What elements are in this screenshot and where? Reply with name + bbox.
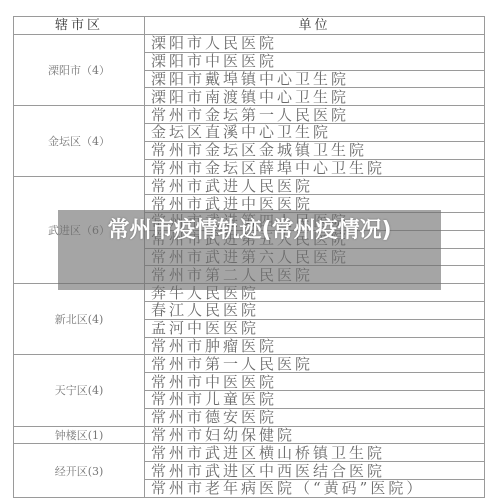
district-cell: 溧阳市（4）	[14, 35, 145, 106]
unit-cell: 常州市儿童医院	[145, 390, 485, 408]
unit-cell: 孟河中医医院	[145, 319, 485, 337]
table-row: 天宁区(4) 常州市第一人民医院	[14, 355, 485, 373]
district-cell: 天宁区(4)	[14, 355, 145, 426]
table-row: 武进区（6） 常州市武进人民医院	[14, 177, 485, 195]
unit-cell: 常州市老年病医院（“黄码”医院）	[145, 479, 485, 497]
unit-cell: 溧阳市人民医院	[145, 35, 485, 53]
table-header-row: 辖市区 单位	[14, 17, 485, 35]
unit-cell: 常州市武进区横山桥镇卫生院	[145, 444, 485, 462]
table-row: 钟楼区(1) 常州市妇幼保健院	[14, 426, 485, 444]
unit-cell: 春江人民医院	[145, 301, 485, 319]
district-cell: 金坛区（4）	[14, 106, 145, 177]
banner-title: 常州市疫情轨迹(常州疫情况)	[58, 216, 441, 246]
unit-cell: 常州市德安医院	[145, 408, 485, 426]
unit-cell: 金坛区直溪中心卫生院	[145, 123, 485, 141]
unit-cell: 常州市武进区中西医结合医院	[145, 462, 485, 480]
table-row: 溧阳市（4） 溧阳市人民医院	[14, 35, 485, 53]
district-cell: 钟楼区(1)	[14, 426, 145, 444]
unit-cell: 常州市第一人民医院	[145, 355, 485, 373]
unit-cell: 溧阳市南渡镇中心卫生院	[145, 88, 485, 106]
table-row: 经开区(3) 常州市武进区横山桥镇卫生院	[14, 444, 485, 462]
unit-cell: 常州市金坛第一人民医院	[145, 106, 485, 124]
unit-cell: 溧阳市中医医院	[145, 52, 485, 70]
column-header-unit: 单位	[145, 17, 485, 35]
unit-cell: 常州市中医医院	[145, 373, 485, 391]
unit-cell: 常州市妇幼保健院	[145, 426, 485, 444]
unit-cell: 常州市金坛区金城镇卫生院	[145, 141, 485, 159]
district-cell: 经开区(3)	[14, 444, 145, 497]
table-row: 金坛区（4） 常州市金坛第一人民医院	[14, 106, 485, 124]
unit-cell: 常州市金坛区薛埠中心卫生院	[145, 159, 485, 177]
title-overlay-banner: 常州市疫情轨迹(常州疫情况)	[58, 210, 441, 290]
unit-cell: 溧阳市戴埠镇中心卫生院	[145, 70, 485, 88]
unit-cell: 常州市肿瘤医院	[145, 337, 485, 355]
district-cell: 新北区(4)	[14, 284, 145, 355]
column-header-district: 辖市区	[14, 17, 145, 35]
unit-cell: 常州市武进人民医院	[145, 177, 485, 195]
